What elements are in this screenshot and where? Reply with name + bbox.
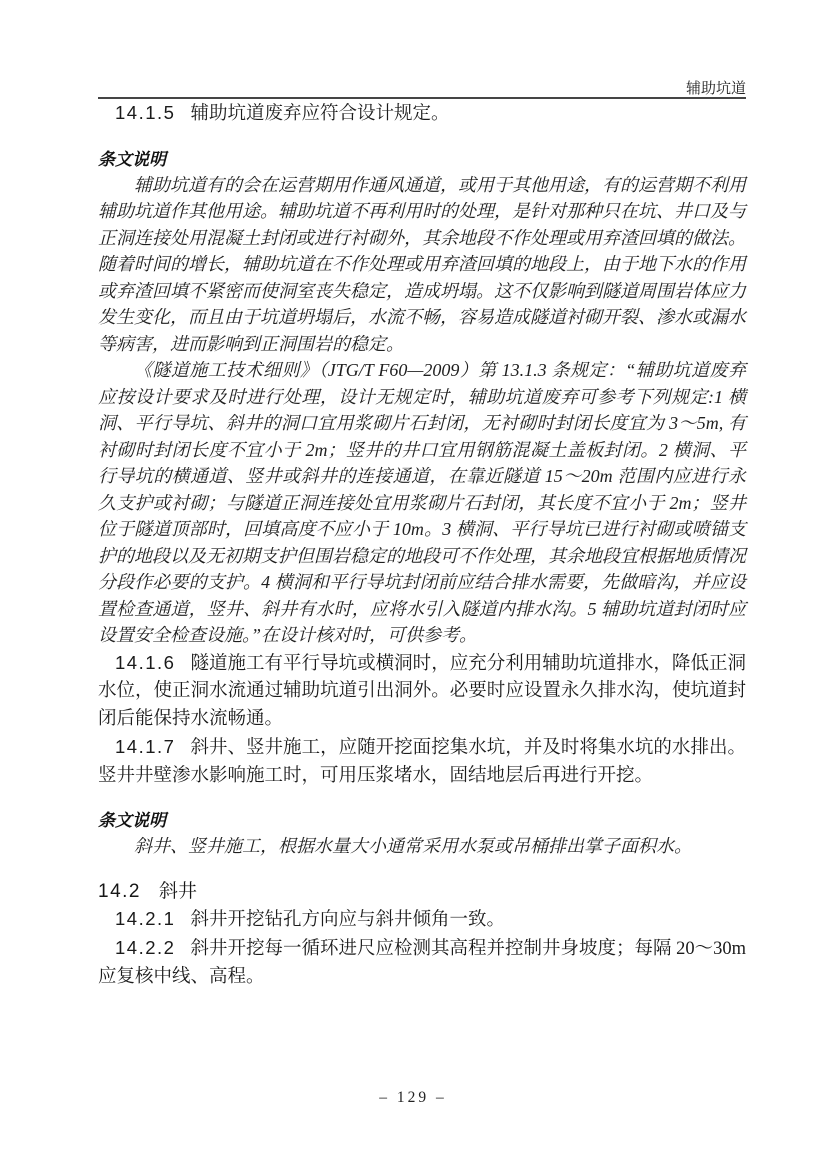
clause-14-2-1-text: 斜井开挖钻孔方向应与斜井倾角一致。 [190,910,505,930]
clause-14-1-7: 14.1.7斜井、竖井施工，应随开挖面挖集水坑，并及时将集水坑的水排出。竖井井壁… [98,733,746,790]
document-page: 辅助坑道 14.1.5辅助坑道废弃应符合设计规定。 条文说明 辅助坑道有的会在运… [0,0,826,1169]
commentary-2-paragraph-1: 斜井、竖井施工，根据水量大小通常采用水泵或吊桶排出掌子面积水。 [98,833,746,860]
clause-14-1-6-number: 14.1.6 [115,652,175,673]
section-14-2-number: 14.2 [98,881,141,902]
clause-14-2-1-number: 14.2.1 [115,908,175,929]
commentary-1-paragraph-2: 《隧道施工技术细则》（JTG/T F60—2009）第 13.1.3 条规定：“… [98,357,746,649]
page-footer: – 129 – [0,1089,826,1107]
clause-14-1-7-number: 14.1.7 [115,736,175,757]
running-header-title: 辅助坑道 [686,80,746,97]
section-14-2-title: 斜井 [159,881,197,902]
clause-14-1-6: 14.1.6隧道施工有平行导坑或横洞时，应充分利用辅助坑道排水，降低正洞水位，使… [98,649,746,734]
running-header: 辅助坑道 [98,77,746,98]
clause-14-2-1: 14.2.1斜井开挖钻孔方向应与斜井倾角一致。 [98,905,746,935]
commentary-heading-1: 条文说明 [98,148,746,172]
clause-14-1-7-text: 斜井、竖井施工，应随开挖面挖集水坑，并及时将集水坑的水排出。竖井井壁渗水影响施工… [98,738,746,786]
page-content: 14.1.5辅助坑道废弃应符合设计规定。 条文说明 辅助坑道有的会在运营期用作通… [98,99,746,991]
page-number: – 129 – [379,1089,447,1106]
clause-14-1-5-text: 辅助坑道废弃应符合设计规定。 [190,104,449,124]
clause-14-2-2-text: 斜井开挖每一循环进尺应检测其高程并控制井身坡度；每隔 20～30m 应复核中线、… [98,939,746,987]
clause-14-1-6-text: 隧道施工有平行导坑或横洞时，应充分利用辅助坑道排水，降低正洞水位，使正洞水流通过… [98,654,746,729]
commentary-1-paragraph-1: 辅助坑道有的会在运营期用作通风通道，或用于其他用途，有的运营期不利用辅助坑道作其… [98,172,746,358]
commentary-heading-2: 条文说明 [98,809,746,833]
clause-14-1-5-number: 14.1.5 [115,102,175,123]
section-heading-14-2: 14.2斜井 [98,879,746,905]
clause-14-1-5: 14.1.5辅助坑道废弃应符合设计规定。 [98,99,746,129]
clause-14-2-2: 14.2.2斜井开挖每一循环进尺应检测其高程并控制井身坡度；每隔 20～30m … [98,934,746,991]
clause-14-2-2-number: 14.2.2 [115,937,175,958]
